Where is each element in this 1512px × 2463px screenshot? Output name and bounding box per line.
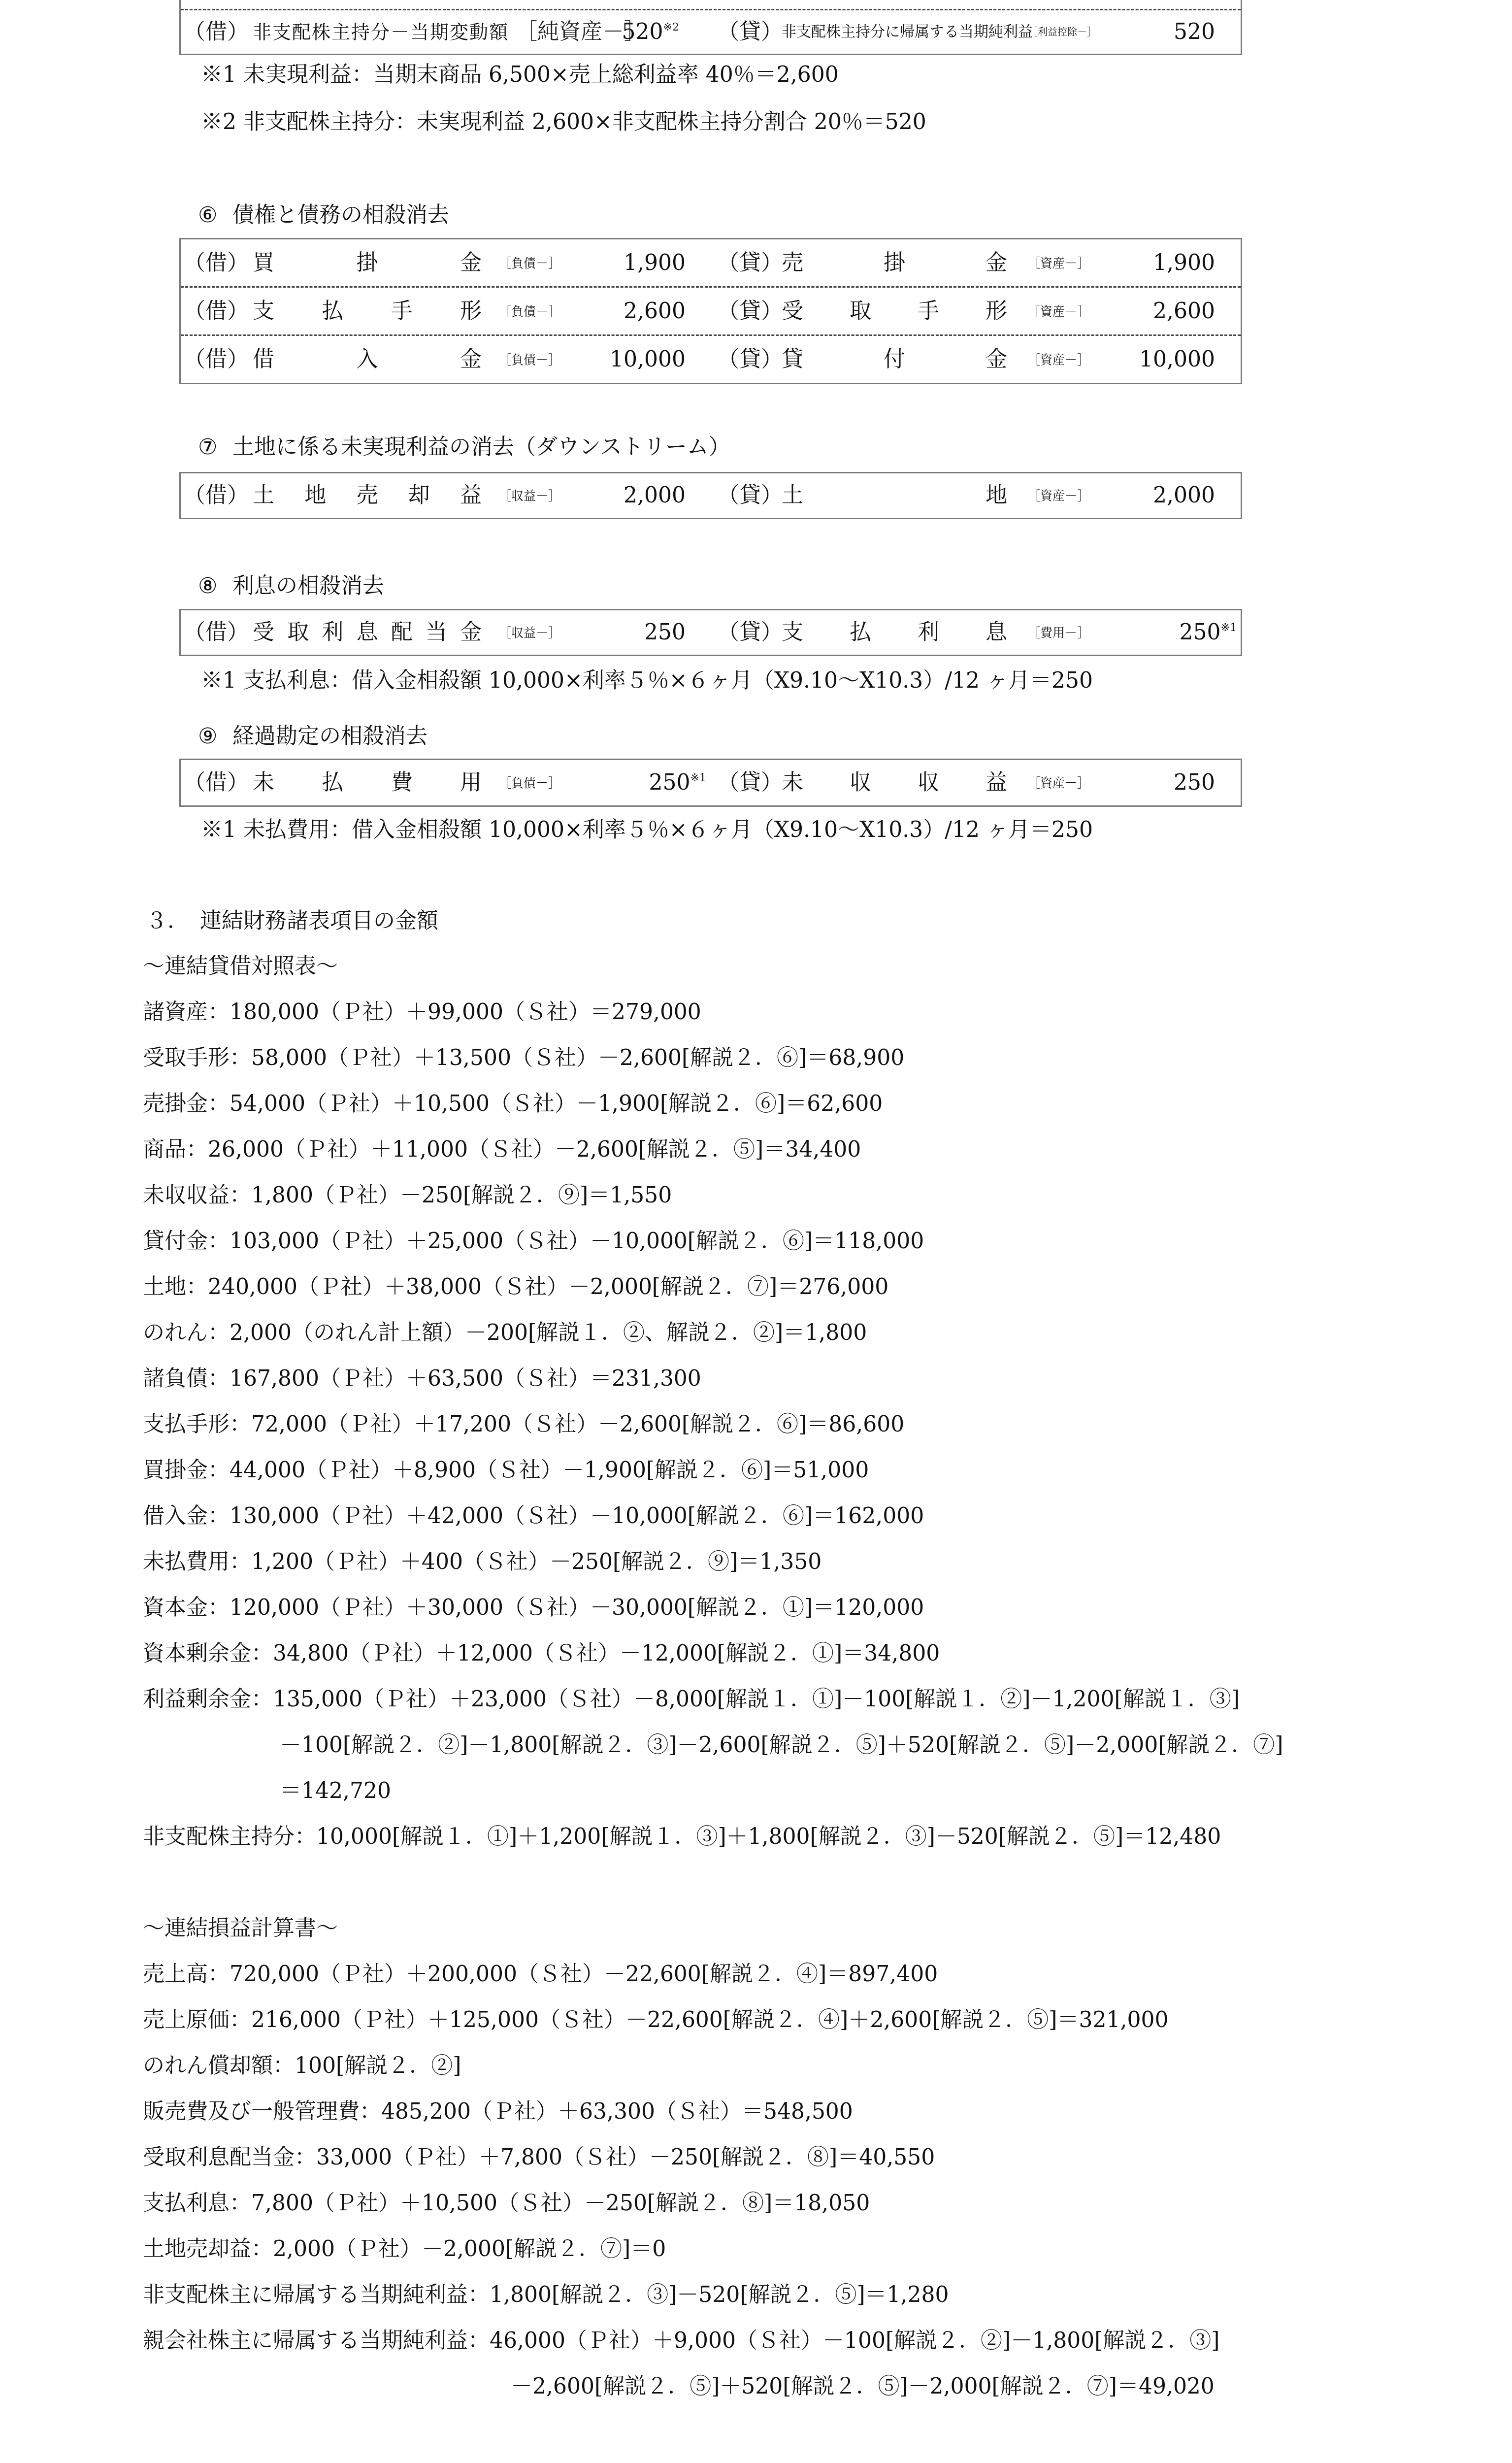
bs-line: 未収収益：1,800（Ｐ社）－250[解説２．⑨]＝1,550 [143, 1185, 672, 1206]
bs-line: 支払手形：72,000（Ｐ社）＋17,200（Ｓ社）－2,600[解説２．⑥]＝… [143, 1414, 904, 1435]
section-heading-8: ⑧利息の相殺消去 [198, 575, 384, 597]
credit-account: 土地 [782, 485, 1007, 506]
debit-account: 借入金 [253, 349, 482, 370]
pl-line: 受取利息配当金：33,000（Ｐ社）＋7,800（Ｓ社）－250[解説２．⑧]＝… [143, 2147, 935, 2168]
credit-amount: 250 [1174, 772, 1215, 794]
bs-line: 諸負債：167,800（Ｐ社）＋63,500（Ｓ社）＝231,300 [143, 1368, 701, 1390]
nci-line: 非支配株主持分：10,000[解説１．①]＋1,200[解説１．③]＋1,800… [143, 1826, 1221, 1848]
debit-tag: ［負債－］ [499, 777, 560, 789]
bs-line: 買掛金：44,000（Ｐ社）＋8,900（Ｓ社）－1,900[解説２．⑥]＝51… [143, 1460, 869, 1481]
pl-line: 支払利息：7,800（Ｐ社）＋10,500（Ｓ社）－250[解説２．⑧]＝18,… [143, 2193, 870, 2214]
debit-label: （借） [184, 300, 249, 322]
credit-account: 売掛金 [782, 252, 1007, 274]
credit-account: 支払利息 [782, 622, 1007, 643]
credit-amount: 10,000 [1139, 349, 1215, 370]
journal-table-9: （借） 未払費用 ［負債－］ 250※1 （貸） 未収収益 ［資産－］ 250 [179, 759, 1242, 807]
credit-tag: ［資産－］ [1028, 490, 1089, 502]
note: ※1 未実現利益：当期末商品 6,500×売上総利益率 40％＝2,600 [201, 64, 839, 86]
credit-label: （貸） [718, 252, 783, 274]
note: ※1 支払利息：借入金相殺額 10,000×利率５％×６ヶ月（X9.10～X10… [201, 670, 1093, 692]
bs-line: 借入金：130,000（Ｐ社）＋42,000（Ｓ社）－10,000[解説２．⑥]… [143, 1505, 924, 1527]
credit-label: （貸） [718, 21, 783, 43]
bs-line: 商品：26,000（Ｐ社）＋11,000（Ｓ社）－2,600[解説２．⑤]＝34… [143, 1139, 861, 1161]
debit-account: 支払手形 [253, 300, 482, 322]
debit-amount: 520※2 [622, 21, 679, 43]
debit-account: 土地売却益 [253, 485, 482, 506]
credit-tag: ［資産－］ [1028, 305, 1089, 317]
debit-amount: 250 [644, 622, 686, 643]
credit-account: 未収収益 [782, 772, 1007, 794]
credit-account: 受取手形 [782, 300, 1007, 322]
section-3-heading: ３． 連結財務諸表項目の金額 [146, 910, 438, 932]
credit-label: （貸） [718, 349, 783, 370]
journal-row: （借） 非支配株主持分－当期変動額 ［純資産－］ 520※2 （貸） 非支配株主… [181, 9, 1241, 54]
journal-row: （借） 受取利息配当金 ［収益－］ 250 （貸） 支払利息 ［費用－］ 250… [181, 610, 1241, 655]
section-heading-6: ⑥債権と債務の相殺消去 [198, 204, 449, 226]
bs-line: 資本剰余金：34,800（Ｐ社）＋12,000（Ｓ社）－12,000[解説２．①… [143, 1643, 940, 1664]
bs-line: 受取手形：58,000（Ｐ社）＋13,500（Ｓ社）－2,600[解説２．⑥]＝… [143, 1047, 904, 1069]
journal-table-6: （借） 買掛金 ［負債－］ 1,900 （貸） 売掛金 ［資産－］ 1,900 … [179, 238, 1242, 384]
credit-amount: 2,600 [1153, 300, 1215, 322]
journal-row: （借） 借入金 ［負債－］ 10,000 （貸） 貸付金 ［資産－］ 10,00… [181, 334, 1241, 383]
section-heading-7: ⑦土地に係る未実現利益の消去（ダウンストリーム） [198, 436, 730, 458]
journal-row: （借） 買掛金 ［負債－］ 1,900 （貸） 売掛金 ［資産－］ 1,900 [181, 239, 1241, 286]
pl-line: 販売費及び一般管理費：485,200（Ｐ社）＋63,300（Ｓ社）＝548,50… [143, 2101, 853, 2123]
credit-account: 貸付金 [782, 349, 1007, 370]
credit-account: 非支配株主持分に帰属する当期純利益 [782, 25, 1033, 39]
debit-account: 未払費用 [253, 772, 482, 794]
debit-account: 受取利息配当金 [253, 622, 482, 643]
debit-label: （借） [184, 485, 249, 506]
retained-earnings-line: 利益剰余金：135,000（Ｐ社）＋23,000（Ｓ社）－8,000[解説１．①… [143, 1689, 1240, 1710]
bs-line: 貸付金：103,000（Ｐ社）＋25,000（Ｓ社）－10,000[解説２．⑥]… [143, 1231, 924, 1252]
pl-line: 土地売却益：2,000（Ｐ社）－2,000[解説２．⑦]＝0 [143, 2238, 666, 2260]
journal-row: （借） 未払費用 ［負債－］ 250※1 （貸） 未収収益 ［資産－］ 250 [181, 760, 1241, 805]
parent-net-income-line: 親会社株主に帰属する当期純利益：46,000（Ｐ社）＋9,000（Ｓ社）－100… [143, 2330, 1220, 2352]
debit-tag: ［収益－］ [499, 490, 560, 502]
journal-table-7: （借） 土地売却益 ［収益－］ 2,000 （貸） 土地 ［資産－］ 2,000 [179, 472, 1242, 519]
debit-tag: ［負債－］ [499, 353, 560, 366]
credit-tag: ［資産－］ [1028, 777, 1089, 789]
pl-line: 売上原価：216,000（Ｐ社）＋125,000（Ｓ社）－22,600[解説２．… [143, 2009, 1168, 2031]
credit-tag: ［利益控除－］ [1028, 27, 1097, 37]
bs-line: 未払費用：1,200（Ｐ社）＋400（Ｓ社）－250[解説２．⑨]＝1,350 [143, 1551, 822, 1573]
credit-tag: ［資産－］ [1028, 257, 1089, 269]
debit-label: （借） [184, 622, 249, 643]
debit-label: （借） [184, 349, 249, 370]
note: ※2 非支配株主持分：未実現利益 2,600×非支配株主持分割合 20％＝520 [201, 111, 926, 133]
retained-earnings-line: ＝142,720 [280, 1780, 391, 1802]
pl-line: 非支配株主に帰属する当期純利益：1,800[解説２．③]－520[解説２．⑤]＝… [143, 2284, 949, 2306]
section-heading-9: ⑨経過勘定の相殺消去 [198, 726, 427, 747]
note: ※1 未払費用：借入金相殺額 10,000×利率５％×６ヶ月（X9.10～X10… [201, 819, 1093, 841]
bs-line: のれん：2,000（のれん計上額）－200[解説１．②、解説２．②]＝1,800 [143, 1322, 867, 1344]
pl-line: 売上高：720,000（Ｐ社）＋200,000（Ｓ社）－22,600[解説２．④… [143, 1964, 938, 1985]
journal-table-5-tail: （借） 非支配株主持分－当期変動額 ［純資産－］ 520※2 （貸） 非支配株主… [179, 0, 1242, 55]
bs-line: 諸資産：180,000（Ｐ社）＋99,000（Ｓ社）＝279,000 [143, 1001, 701, 1023]
credit-amount: 2,000 [1153, 485, 1215, 506]
credit-tag: ［資産－］ [1028, 353, 1089, 366]
debit-label: （借） [184, 252, 249, 274]
debit-account: 非支配株主持分－当期変動額 [253, 23, 509, 41]
income-statement-title: ～連結損益計算書～ [143, 1918, 338, 1939]
debit-amount: 2,000 [624, 485, 686, 506]
debit-amount: 1,900 [624, 252, 686, 274]
bs-line: 土地：240,000（Ｐ社）＋38,000（Ｓ社）－2,000[解説２．⑦]＝2… [143, 1276, 888, 1298]
journal-row: （借） 支払手形 ［負債－］ 2,600 （貸） 受取手形 ［資産－］ 2,60… [181, 286, 1241, 334]
credit-label: （貸） [718, 300, 783, 322]
parent-net-income-line: －2,600[解説２．⑤]＋520[解説２．⑤]－2,000[解説２．⑦]＝49… [511, 2376, 1215, 2397]
balance-sheet-title: ～連結貸借対照表～ [143, 956, 338, 977]
journal-row [181, 0, 1241, 9]
credit-amount: 1,900 [1153, 252, 1215, 274]
credit-amount: 250※1 [1180, 622, 1237, 643]
bs-line: 売掛金：54,000（Ｐ社）＋10,500（Ｓ社）－1,900[解説２．⑥]＝6… [143, 1093, 883, 1115]
debit-amount: 2,600 [624, 300, 686, 322]
debit-amount: 10,000 [610, 349, 686, 370]
bs-line: 資本金：120,000（Ｐ社）＋30,000（Ｓ社）－30,000[解説２．①]… [143, 1597, 924, 1619]
debit-account: 買掛金 [253, 252, 482, 274]
pl-line: のれん償却額：100[解説２．②] [143, 2055, 461, 2077]
credit-tag: ［費用－］ [1028, 627, 1089, 639]
retained-earnings-line: －100[解説２．②]－1,800[解説２．③]－2,600[解説２．⑤]＋52… [280, 1734, 1283, 1756]
credit-amount: 520 [1174, 21, 1215, 43]
debit-tag: ［負債－］ [499, 305, 560, 317]
debit-label: （借） [184, 21, 249, 43]
debit-tag: ［負債－］ [499, 257, 560, 269]
credit-label: （貸） [718, 772, 783, 794]
credit-label: （貸） [718, 485, 783, 506]
debit-tag: ［収益－］ [499, 627, 560, 639]
debit-amount: 250※1 [649, 772, 706, 794]
journal-table-8: （借） 受取利息配当金 ［収益－］ 250 （貸） 支払利息 ［費用－］ 250… [179, 609, 1242, 656]
journal-row: （借） 土地売却益 ［収益－］ 2,000 （貸） 土地 ［資産－］ 2,000 [181, 473, 1241, 518]
credit-label: （貸） [718, 622, 783, 643]
debit-label: （借） [184, 772, 249, 794]
